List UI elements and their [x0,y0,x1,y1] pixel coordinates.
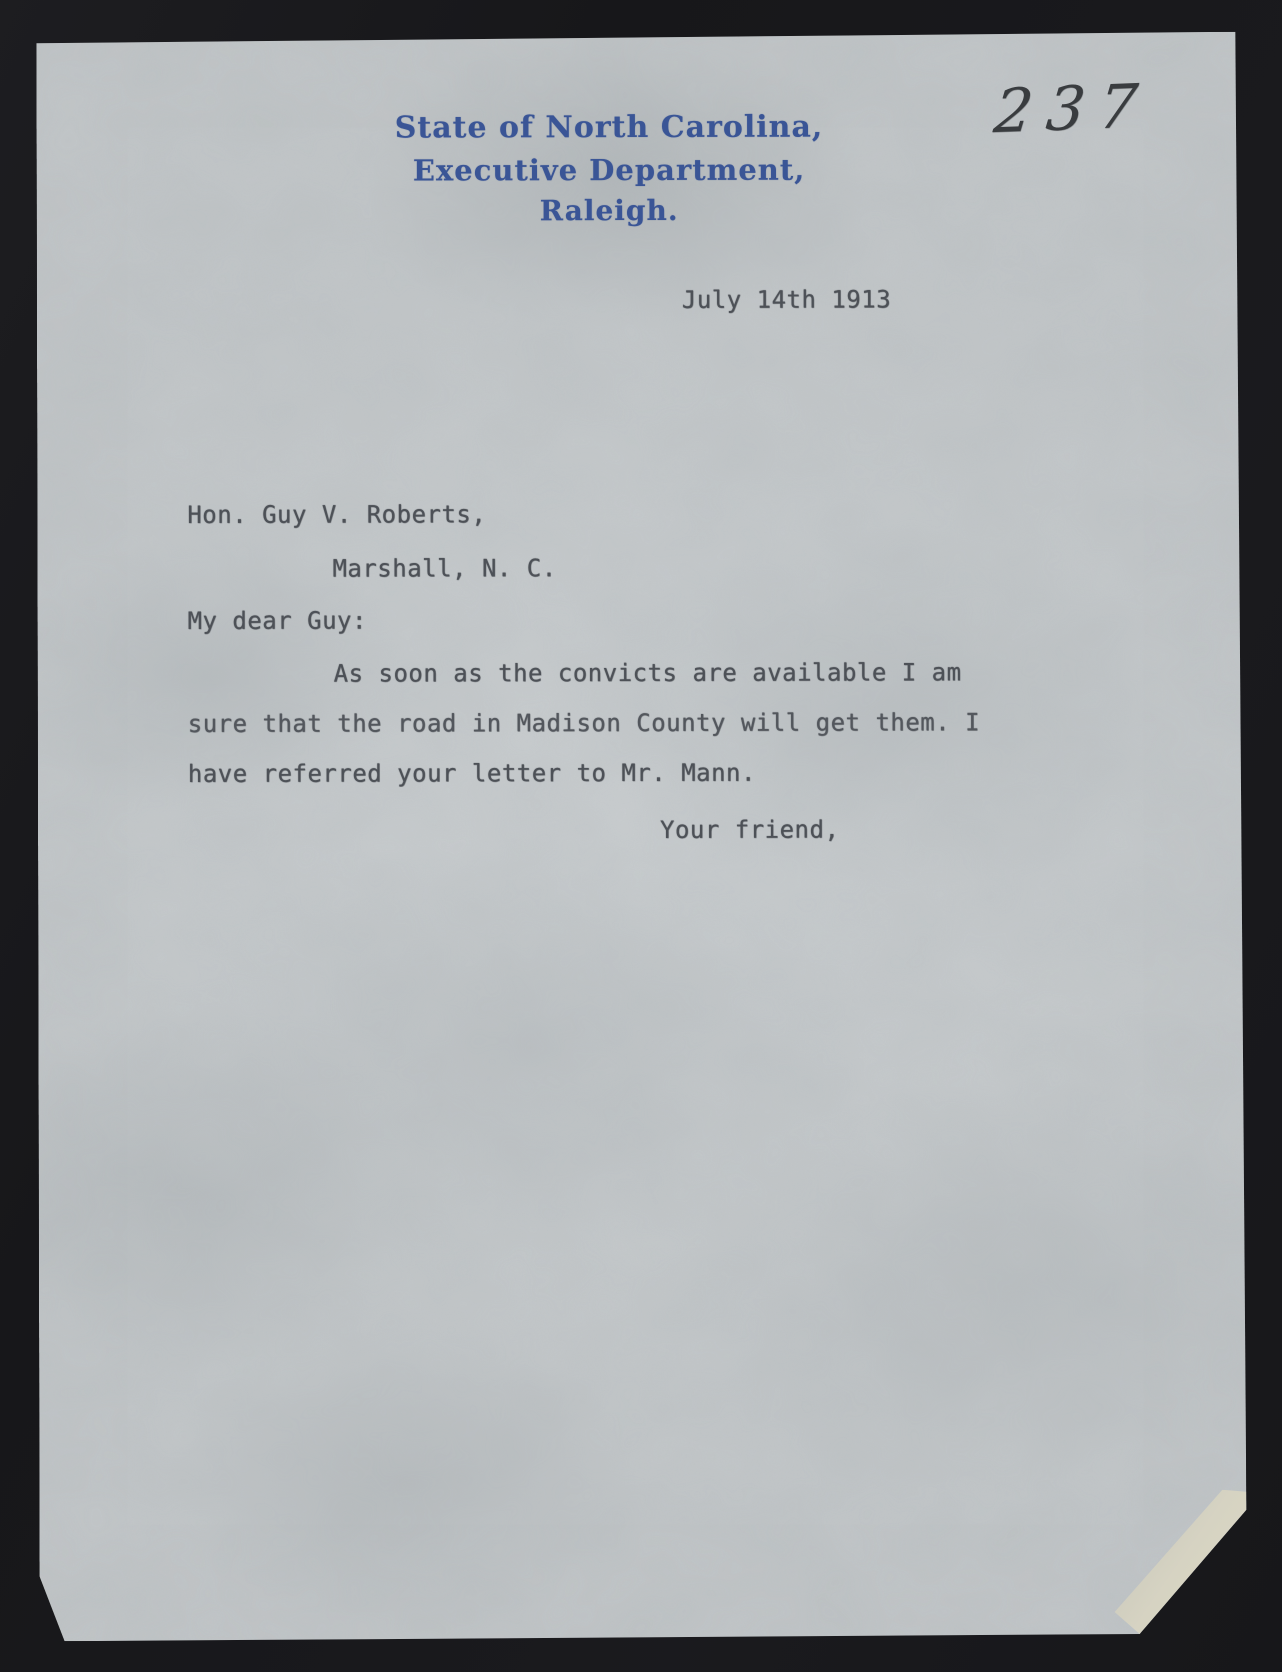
letterhead: State of North Carolina, Executive Depar… [5,106,1212,233]
letter-page: 237 State of North Carolina, Executive D… [36,32,1246,1642]
letter-date: July 14th 1913 [682,284,891,314]
letterhead-state-line: State of North Carolina, [5,106,1212,151]
folded-corner-bottom-right [1094,1482,1246,1639]
body-line: sure that the road in Madison County wil… [188,707,980,739]
recipient-address: Marshall, N. C. [332,553,556,583]
body-line: As soon as the convicts are available I … [334,657,962,688]
letterhead-department-line: Executive Department, [6,148,1213,193]
salutation: My dear Guy: [188,606,367,636]
recipient-name: Hon. Guy V. Roberts, [187,499,486,530]
letterhead-city-line: Raleigh. [6,190,1213,233]
paper-texture [36,32,1246,1642]
body-line: have referred your letter to Mr. Mann. [188,758,756,789]
folded-corner-bottom-left [40,1569,70,1641]
scanned-document: 237 State of North Carolina, Executive D… [0,0,1282,1672]
closing-phrase: Your friend, [660,815,839,845]
